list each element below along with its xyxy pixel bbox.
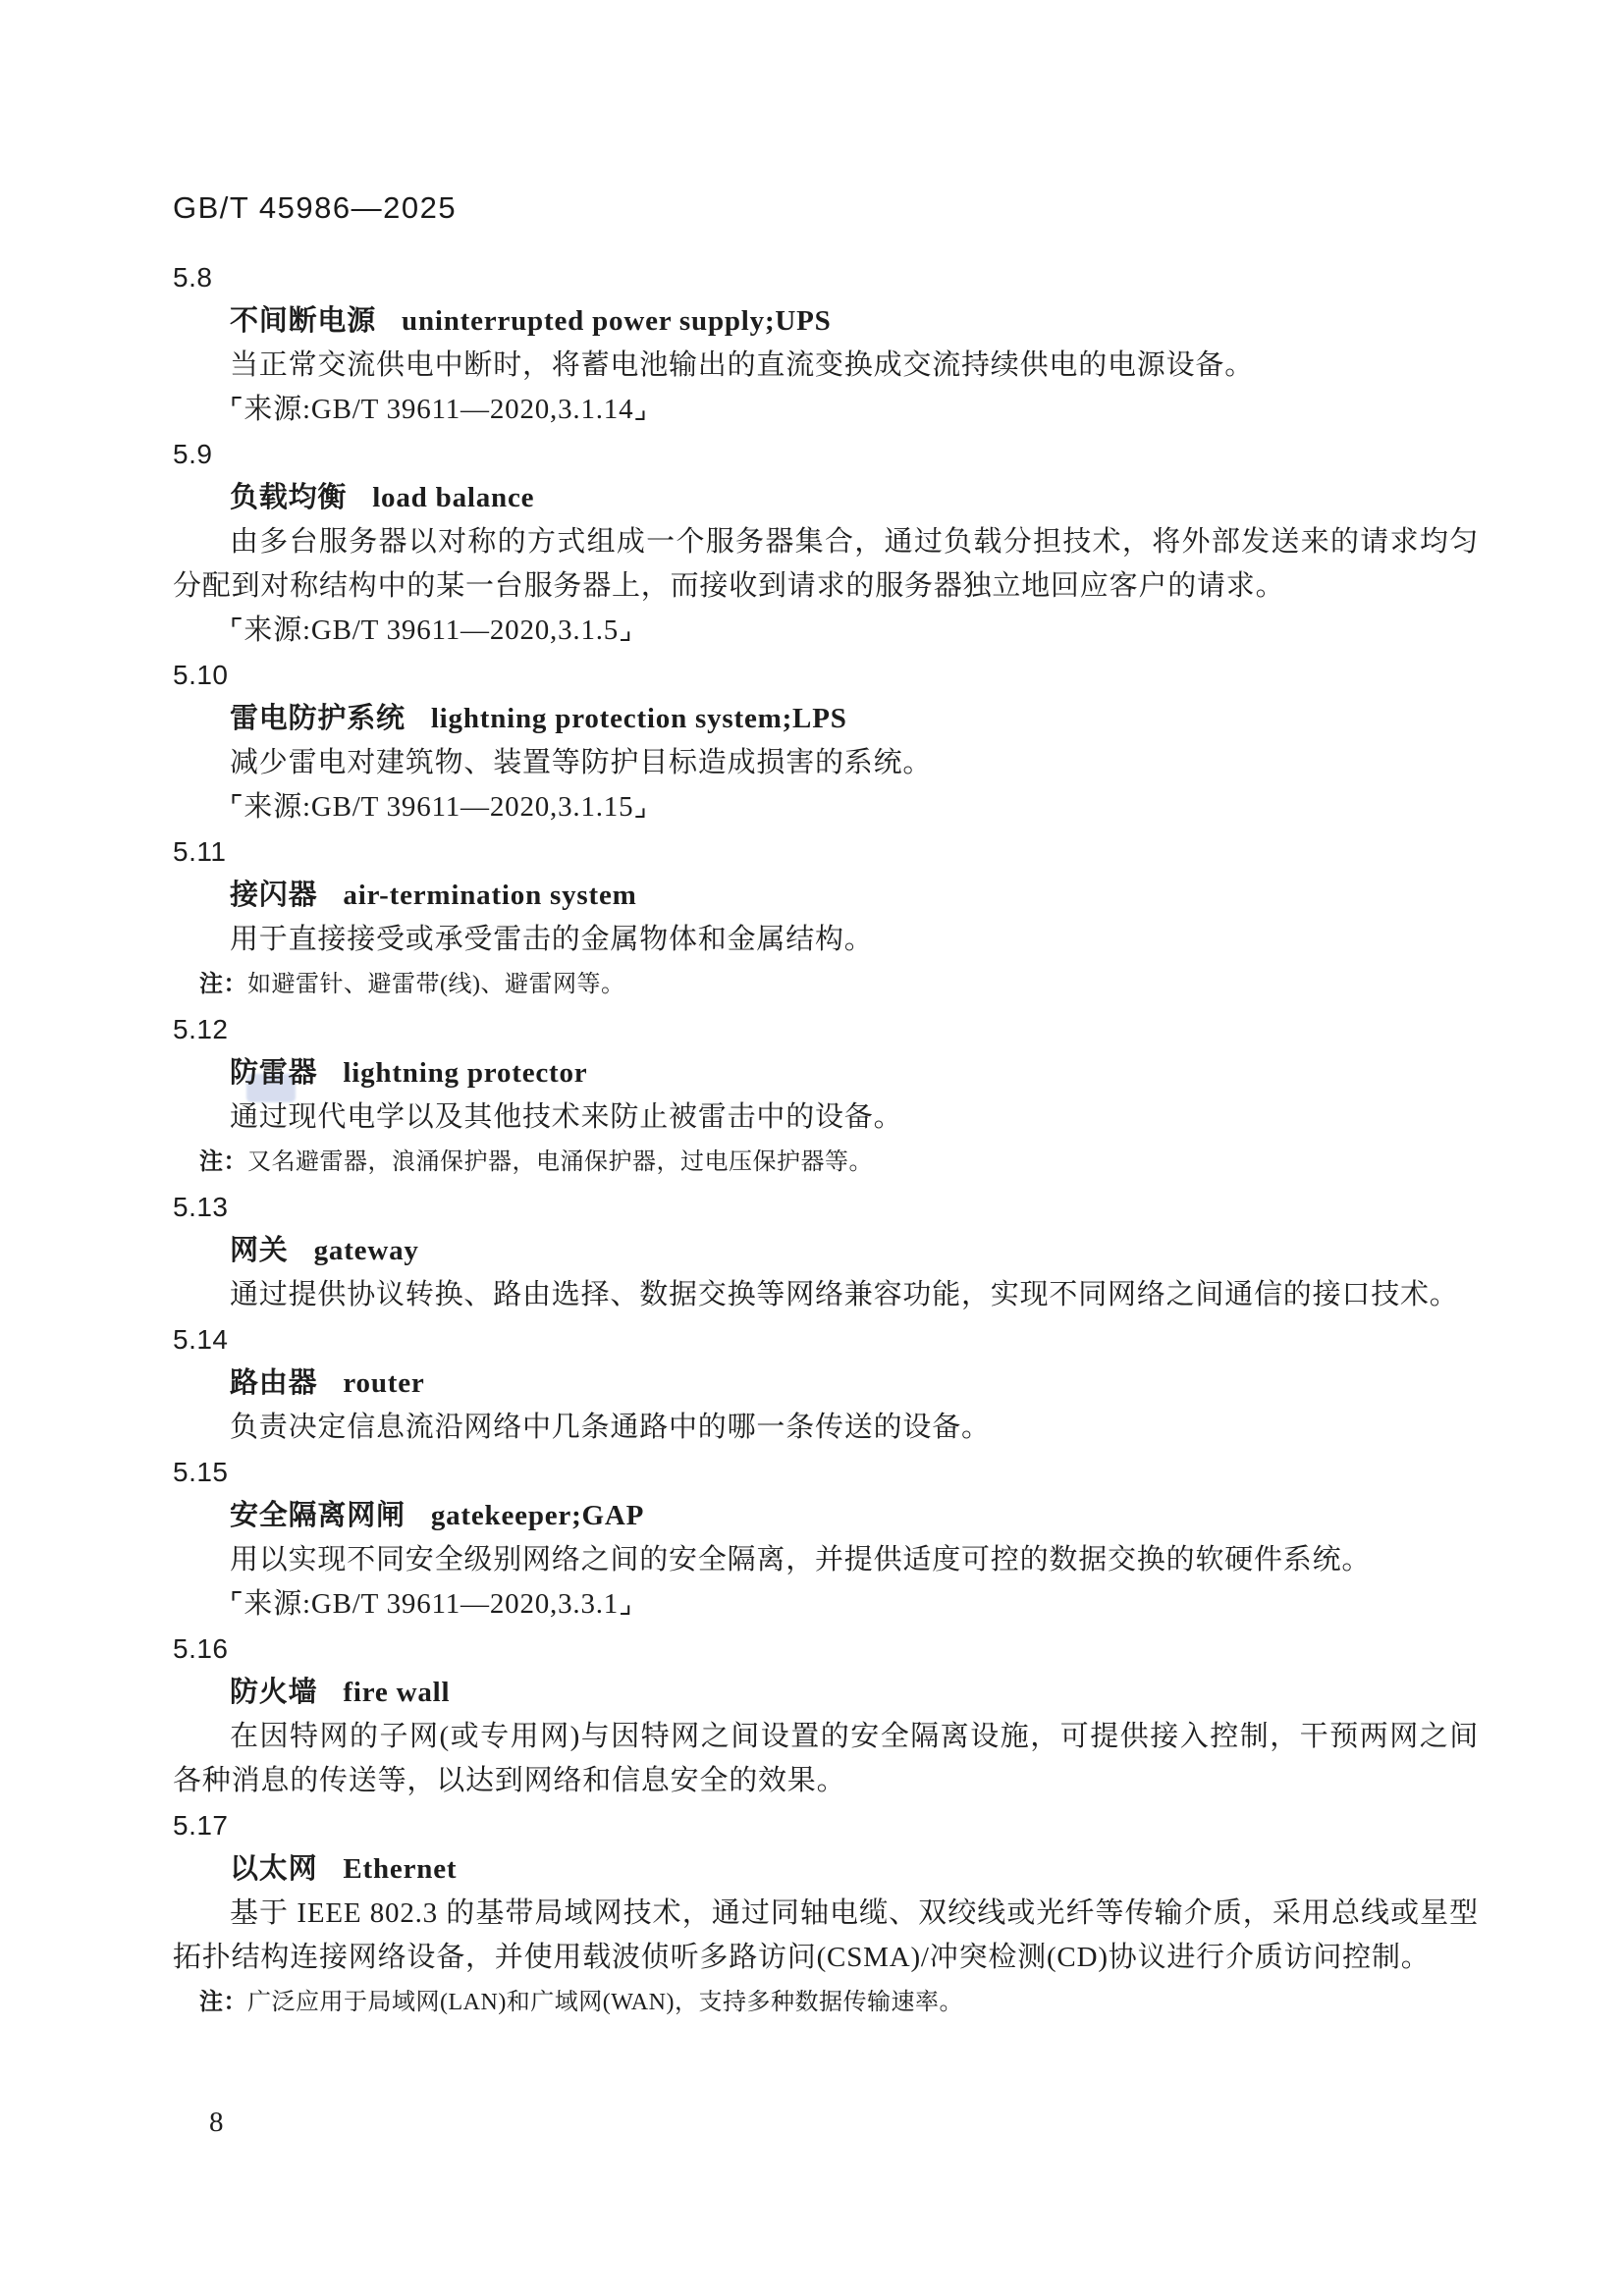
term-english: uninterrupted power supply;UPS	[402, 305, 832, 337]
term-definition: 当正常交流供电中断时，将蓄电池输出的直流变换成交流持续供电的电源设备。	[173, 344, 1479, 388]
source-reference: ⌜来源:GB/T 39611—2020,3.1.5⌟	[173, 609, 1479, 653]
term-chinese: 以太网	[230, 1853, 317, 1885]
note-text: 又名避雷器，浪涌保护器，电涌保护器，过电压保护器等。	[247, 1149, 873, 1175]
term-english: gateway	[314, 1235, 419, 1266]
term-section-5-8: 5.8 不间断电源uninterrupted power supply;UPS …	[173, 255, 1479, 432]
term-english: gatekeeper;GAP	[431, 1500, 644, 1531]
source-reference: ⌜来源:GB/T 39611—2020,3.1.15⌟	[173, 785, 1479, 829]
term-section-5-14: 5.14 路由器router 负责决定信息流沿网络中几条通路中的哪一条传送的设备…	[173, 1317, 1479, 1450]
term-definition: 负责决定信息流沿网络中几条通路中的哪一条传送的设备。	[173, 1406, 1479, 1450]
term-section-5-12: 5.12 防雷器lightning protector 通过现代电学以及其他技术…	[173, 1007, 1479, 1185]
term-english: lightning protector	[343, 1057, 587, 1089]
term-definition: 通过现代电学以及其他技术来防止被雷击中的设备。	[173, 1095, 1479, 1140]
note-text: 广泛应用于局域网(LAN)和广域网(WAN)，支持多种数据传输速率。	[247, 1990, 963, 2015]
standard-number-header: GB/T 45986—2025	[173, 190, 457, 226]
term-line: 负载均衡load balance	[173, 476, 1479, 520]
term-section-5-17: 5.17 以太网Ethernet 基于 IEEE 802.3 的基带局域网技术，…	[173, 1803, 1479, 2025]
term-definition: 用以实现不同安全级别网络之间的安全隔离，并提供适度可控的数据交换的软硬件系统。	[173, 1538, 1479, 1582]
term-line: 以太网Ethernet	[173, 1847, 1479, 1892]
term-chinese: 不间断电源	[230, 305, 376, 337]
term-section-5-10: 5.10 雷电防护系统lightning protection system;L…	[173, 653, 1479, 829]
section-number: 5.17	[173, 1803, 1479, 1847]
term-definition: 基于 IEEE 802.3 的基带局域网技术，通过同轴电缆、双绞线或光纤等传输介…	[173, 1892, 1479, 1980]
note-label: 注：	[199, 971, 247, 997]
note-text: 如避雷针、避雷带(线)、避雷网等。	[247, 972, 624, 997]
term-section-5-16: 5.16 防火墙fire wall 在因特网的子网(或专用网)与因特网之间设置的…	[173, 1627, 1479, 1803]
section-number: 5.12	[173, 1007, 1479, 1051]
term-chinese: 负载均衡	[230, 482, 347, 513]
term-line: 雷电防护系统lightning protection system;LPS	[173, 697, 1479, 741]
term-note: 注：又名避雷器，浪涌保护器，电涌保护器，过电压保护器等。	[173, 1140, 1479, 1185]
section-number: 5.15	[173, 1450, 1479, 1494]
term-definition: 由多台服务器以对称的方式组成一个服务器集合，通过负载分担技术，将外部发送来的请求…	[173, 520, 1479, 609]
term-english: air-termination system	[343, 880, 636, 911]
term-english: fire wall	[343, 1677, 450, 1708]
term-section-5-13: 5.13 网关gateway 通过提供协议转换、路由选择、数据交换等网络兼容功能…	[173, 1185, 1479, 1317]
document-page: GB/T 45986—2025 5.8 不间断电源uninterrupted p…	[0, 0, 1624, 2296]
term-chinese: 防火墙	[230, 1677, 317, 1708]
page-number: 8	[209, 2101, 224, 2145]
section-number: 5.8	[173, 255, 1479, 299]
term-line: 防雷器lightning protector	[173, 1051, 1479, 1095]
term-line: 接闪器air-termination system	[173, 874, 1479, 918]
term-chinese: 接闪器	[230, 880, 317, 911]
term-english: router	[343, 1367, 424, 1399]
term-note: 注：广泛应用于局域网(LAN)和广域网(WAN)，支持多种数据传输速率。	[173, 1980, 1479, 2025]
term-section-5-11: 5.11 接闪器air-termination system 用于直接接受或承受…	[173, 829, 1479, 1007]
term-chinese: 安全隔离网闸	[230, 1500, 406, 1531]
term-line: 不间断电源uninterrupted power supply;UPS	[173, 299, 1479, 344]
term-english: Ethernet	[343, 1853, 457, 1885]
term-definition: 在因特网的子网(或专用网)与因特网之间设置的安全隔离设施，可提供接入控制，干预两…	[173, 1715, 1479, 1803]
note-label: 注：	[199, 1989, 247, 2015]
term-chinese: 防雷器	[230, 1057, 317, 1089]
term-definition: 通过提供协议转换、路由选择、数据交换等网络兼容功能，实现不同网络之间通信的接口技…	[173, 1273, 1479, 1317]
section-number: 5.16	[173, 1627, 1479, 1671]
term-definition: 减少雷电对建筑物、装置等防护目标造成损害的系统。	[173, 741, 1479, 785]
term-english: load balance	[372, 482, 534, 513]
term-line: 安全隔离网闸gatekeeper;GAP	[173, 1494, 1479, 1538]
term-chinese: 网关	[230, 1235, 289, 1266]
source-reference: ⌜来源:GB/T 39611—2020,3.3.1⌟	[173, 1582, 1479, 1627]
term-section-5-15: 5.15 安全隔离网闸gatekeeper;GAP 用以实现不同安全级别网络之间…	[173, 1450, 1479, 1627]
term-note: 注：如避雷针、避雷带(线)、避雷网等。	[173, 962, 1479, 1007]
section-number: 5.14	[173, 1317, 1479, 1362]
section-number: 5.13	[173, 1185, 1479, 1229]
source-reference: ⌜来源:GB/T 39611—2020,3.1.14⌟	[173, 388, 1479, 432]
term-english: lightning protection system;LPS	[431, 703, 847, 734]
section-number: 5.11	[173, 829, 1479, 874]
term-chinese: 雷电防护系统	[230, 703, 406, 734]
term-line: 防火墙fire wall	[173, 1671, 1479, 1715]
terms-content: 5.8 不间断电源uninterrupted power supply;UPS …	[173, 255, 1479, 2025]
note-label: 注：	[199, 1148, 247, 1175]
term-line: 网关gateway	[173, 1229, 1479, 1273]
section-number: 5.9	[173, 432, 1479, 476]
term-definition: 用于直接接受或承受雷击的金属物体和金属结构。	[173, 918, 1479, 962]
term-section-5-9: 5.9 负载均衡load balance 由多台服务器以对称的方式组成一个服务器…	[173, 432, 1479, 653]
term-line: 路由器router	[173, 1362, 1479, 1406]
term-chinese: 路由器	[230, 1367, 317, 1399]
section-number: 5.10	[173, 653, 1479, 697]
